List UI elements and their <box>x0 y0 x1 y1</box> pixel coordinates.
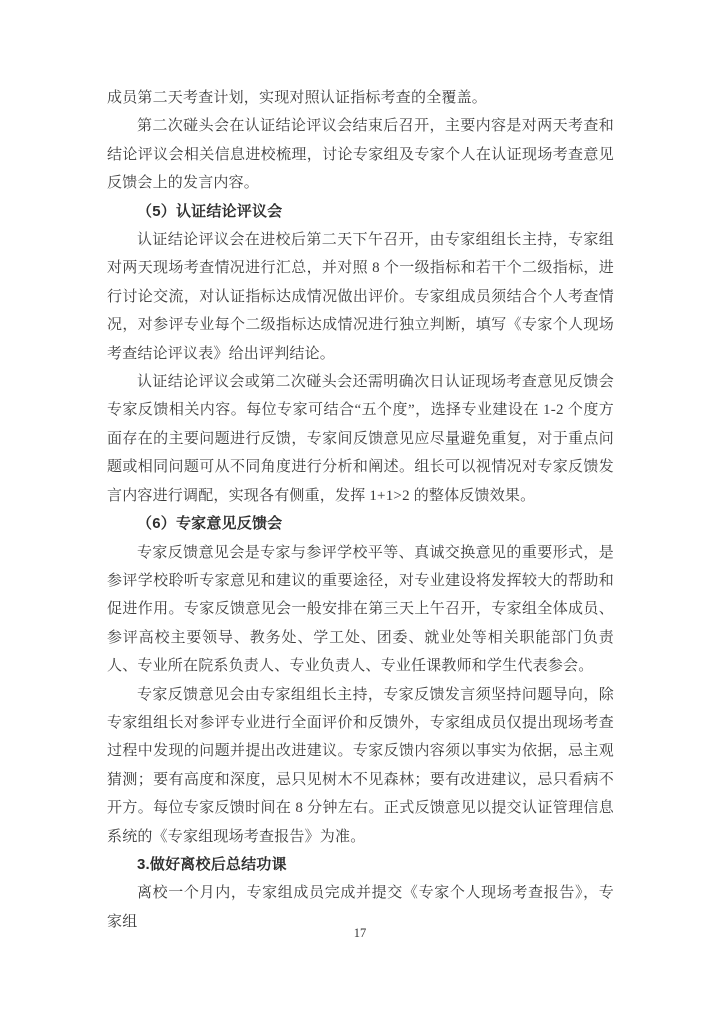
section-heading-3: 3.做好离校后总结功课 <box>107 851 614 879</box>
document-page: 成员第二天考查计划，实现对照认证指标考查的全覆盖。 第二次碰头会在认证结论评议会… <box>0 0 720 1018</box>
section-heading-5: （5）认证结论评议会 <box>107 198 614 226</box>
paragraph: 第二次碰头会在认证结论评议会结束后召开，主要内容是对两天考查和结论评议会相关信息… <box>107 112 614 197</box>
page-number: 17 <box>0 926 720 941</box>
paragraph: 专家反馈意见会是专家与参评学校平等、真诚交换意见的重要形式，是参评学校聆听专家意… <box>107 539 614 681</box>
section-heading-6: （6）专家意见反馈会 <box>107 510 614 538</box>
paragraph: 认证结论评议会在进校后第二天下午召开，由专家组组长主持，专家组对两天现场考查情况… <box>107 226 614 368</box>
paragraph-continuation: 成员第二天考查计划，实现对照认证指标考查的全覆盖。 <box>107 84 614 112</box>
paragraph: 认证结论评议会或第二次碰头会还需明确次日认证现场考查意见反馈会专家反馈相关内容。… <box>107 368 614 510</box>
paragraph: 专家反馈意见会由专家组组长主持，专家反馈发言须坚持问题导向，除专家组组长对参评专… <box>107 681 614 851</box>
body-text: 成员第二天考查计划，实现对照认证指标考查的全覆盖。 第二次碰头会在认证结论评议会… <box>107 84 614 936</box>
